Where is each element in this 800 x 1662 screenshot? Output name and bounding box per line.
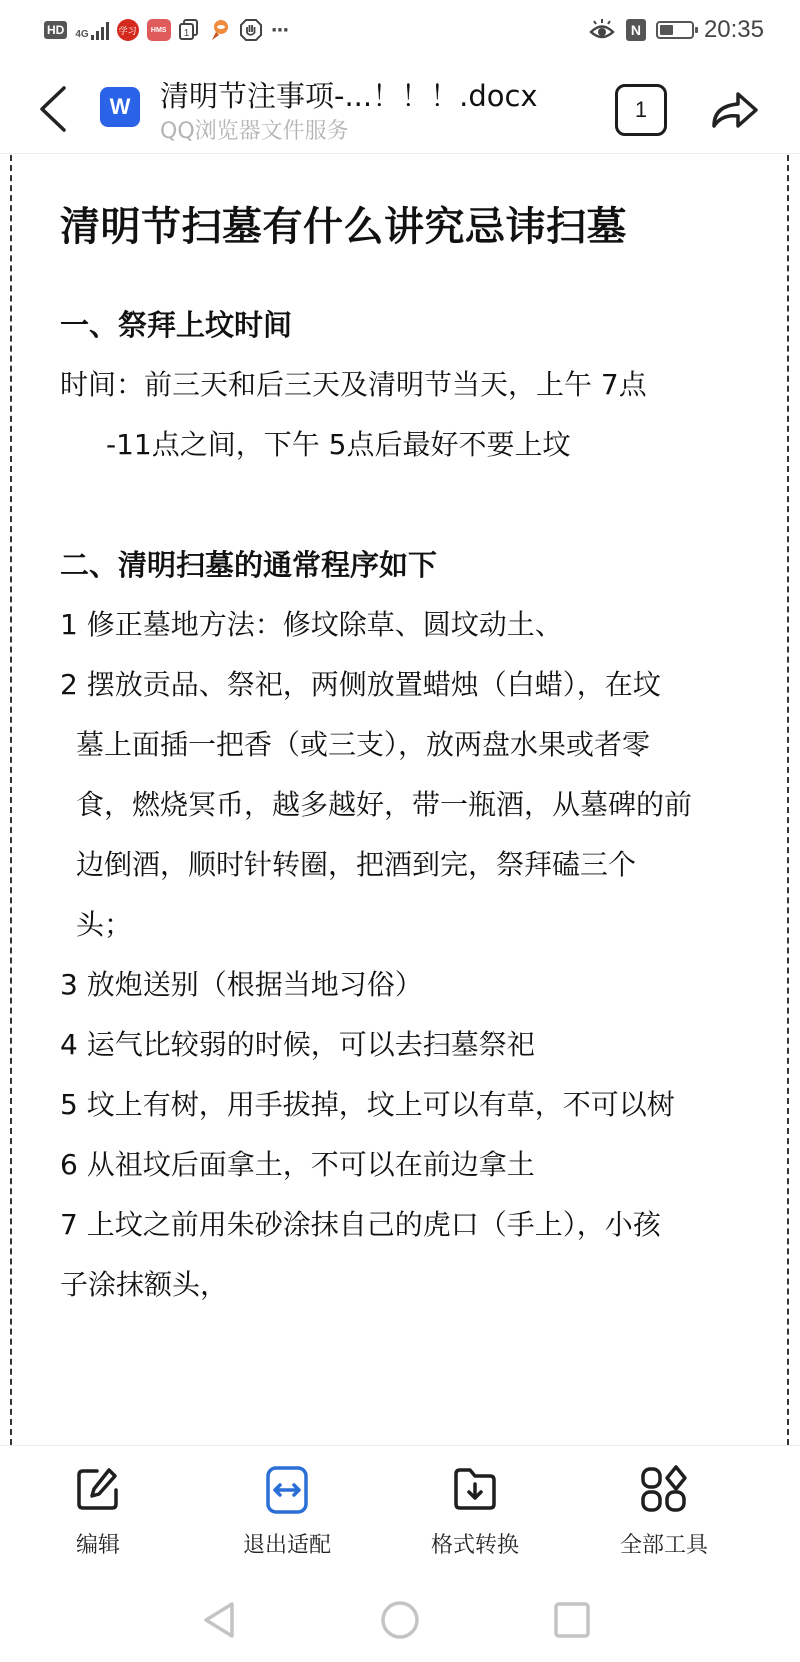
word-app-logo: W — [100, 87, 140, 127]
list-item-2: 2 摆放贡品、祭祀，两侧放置蜡烛（白蜡），在坟 — [60, 663, 661, 703]
document-source: QQ浏览器文件服务 — [160, 114, 349, 145]
status-bar: HD 4G 学习 HMS 1 ··· N 20:35 — [0, 0, 800, 60]
edit-pencil-icon — [73, 1464, 123, 1514]
xuexi-app-icon: 学习 — [117, 19, 139, 41]
list-item-7-cont: 子涂抹额头， — [60, 1263, 228, 1303]
list-item-2-cont: 边倒酒，顺时针转圈，把酒到完，祭拜磕三个 — [76, 843, 636, 883]
back-button[interactable] — [34, 84, 74, 134]
clock: 20:35 — [704, 16, 764, 44]
status-left-icons: HD 4G 学习 HMS 1 ··· — [44, 14, 288, 46]
list-item-1: 1 修正墓地方法：修坟除草、圆坟动土、 — [60, 603, 563, 643]
list-item-4: 4 运气比较弱的时候，可以去扫墓祭祀 — [60, 1023, 535, 1063]
document-title: 清明节注事项-...！！！.docx — [160, 74, 538, 115]
all-tools-grid-icon — [639, 1464, 689, 1514]
exit-fit-icon — [262, 1464, 312, 1514]
back-triangle-icon[interactable] — [200, 1598, 244, 1642]
bottom-toolbar: 编辑 退出适配 格式转换 全部工具 — [0, 1445, 800, 1565]
document-viewer[interactable]: 清明节扫墓有什么讲究忌讳扫墓 一、祭拜上坟时间 时间：前三天和后三天及清明节当天… — [0, 155, 800, 1445]
4g-signal-icon: 4G — [75, 20, 108, 40]
system-nav-bar — [0, 1580, 800, 1662]
paragraph-line: -11点之间，下午 5点后最好不要上坟 — [106, 423, 570, 463]
edit-button[interactable]: 编辑 — [23, 1464, 173, 1559]
home-circle-icon[interactable] — [378, 1598, 422, 1642]
list-item-2-cont: 头； — [76, 903, 132, 943]
list-item-6: 6 从祖坟后面拿土，不可以在前边拿土 — [60, 1143, 535, 1183]
exit-fit-button[interactable]: 退出适配 — [212, 1464, 362, 1559]
location-app-icon — [207, 18, 231, 42]
hand-stop-icon — [239, 18, 263, 42]
paragraph-line: 时间：前三天和后三天及清明节当天，上午 7点 — [60, 363, 647, 403]
section-heading-1: 一、祭拜上坟时间 — [60, 303, 292, 344]
status-right-icons: N 20:35 — [588, 14, 764, 46]
more-dots-icon: ··· — [271, 20, 289, 41]
document-header: W 清明节注事项-...！！！.docx QQ浏览器文件服务 1 — [0, 60, 800, 154]
list-item-3: 3 放炮送别（根据当地习俗） — [60, 963, 423, 1003]
page-border-right — [787, 155, 789, 1445]
eye-comfort-icon — [588, 18, 616, 42]
list-item-2-cont: 食，燃烧冥币，越多越好，带一瓶酒，从墓碑的前 — [76, 783, 692, 823]
recents-square-icon[interactable] — [550, 1598, 594, 1642]
list-item-5: 5 坟上有树，用手拔掉，坟上可以有草，不可以树 — [60, 1083, 675, 1123]
hms-app-icon: HMS — [147, 19, 171, 41]
nfc-icon: N — [626, 19, 646, 41]
list-item-2-cont: 墓上面插一把香（或三支），放两盘水果或者零 — [76, 723, 650, 763]
format-convert-folder-icon — [450, 1464, 500, 1514]
page-border-left — [10, 155, 12, 1445]
sim-card-icon: 1 — [179, 19, 199, 41]
section-heading-2: 二、清明扫墓的通常程序如下 — [60, 543, 437, 584]
document-heading: 清明节扫墓有什么讲究忌讳扫墓 — [60, 195, 627, 252]
list-item-7: 7 上坟之前用朱砂涂抹自己的虎口（手上），小孩 — [60, 1203, 661, 1243]
tab-count-button[interactable]: 1 — [615, 84, 667, 136]
all-tools-button[interactable]: 全部工具 — [589, 1464, 739, 1559]
share-button[interactable] — [708, 84, 762, 134]
svg-text:1: 1 — [183, 28, 189, 39]
battery-icon — [656, 21, 694, 39]
hd-icon: HD — [44, 21, 67, 39]
format-convert-button[interactable]: 格式转换 — [400, 1464, 550, 1559]
